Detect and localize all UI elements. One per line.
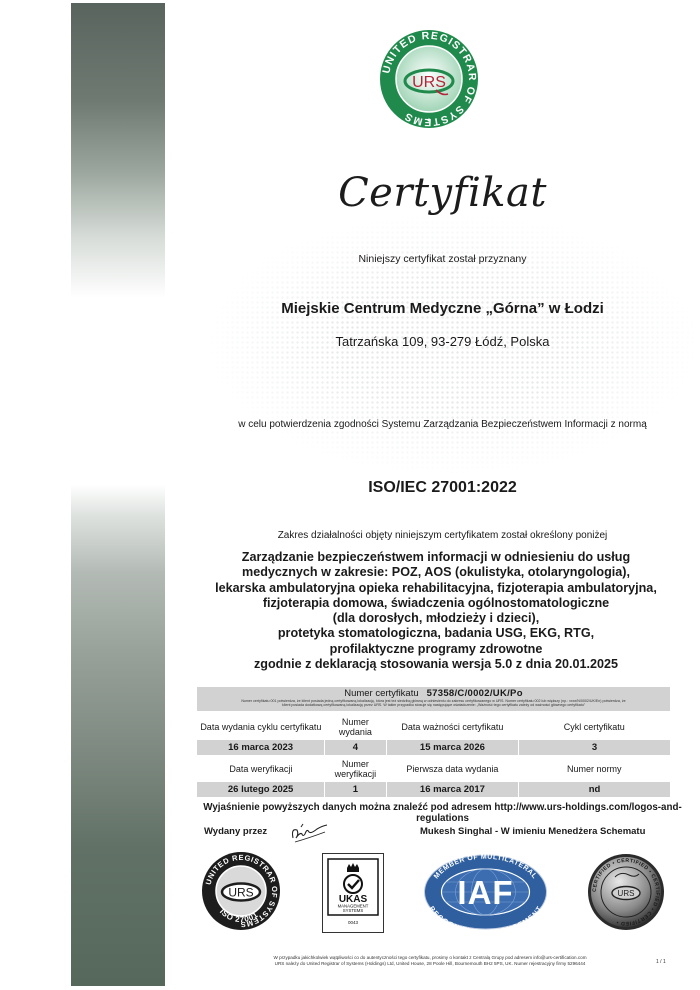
scope-line: profilaktyczne programy zdrowotne: [197, 642, 675, 657]
table-value: 1: [325, 782, 386, 797]
signer-name: Mukesh Singhal - W imieniu Menedżera Sch…: [420, 826, 645, 837]
table-label: Numer normy: [519, 755, 670, 782]
table-value: nd: [519, 782, 670, 797]
organization-address: Tatrzańska 109, 93-279 Łódź, Polska: [190, 334, 695, 349]
certificate-title: Certyfikat: [190, 170, 695, 216]
certified-seal-icon: CERTIFIED • CERTIFIED • CERTIFIED • CERT…: [587, 853, 665, 931]
svg-text:0043: 0043: [348, 920, 359, 925]
scope-line: protetyka stomatologiczna, badania USG, …: [197, 626, 675, 641]
footer-text: W przypadku jakichkolwiek wątpliwości co…: [230, 955, 630, 967]
iaf-logo-icon: IAF MEMBER OF MULTILATERAL RECOGNITION A…: [423, 853, 548, 931]
svg-text:URS: URS: [228, 886, 253, 900]
purpose-text: w celu potwierdzenia zgodności Systemu Z…: [190, 419, 695, 430]
table-label: Numer wydania: [325, 713, 386, 740]
table-value: 16 marca 2023: [197, 740, 325, 755]
scope-line: fizjoterapia domowa, świadczenia ogólnos…: [197, 596, 675, 611]
table-row: 26 lutego 2025 1 16 marca 2017 nd: [197, 782, 670, 797]
table-value: 16 marca 2017: [386, 782, 518, 797]
table-value: 3: [519, 740, 670, 755]
table-row: Data weryfikacji Numer weryfikacji Pierw…: [197, 755, 670, 782]
explanation-link-text: Wyjaśnienie powyższych danych można znal…: [190, 802, 695, 824]
table-row: Data wydania cyklu certyfikatu Numer wyd…: [197, 713, 670, 740]
svg-text:IAF: IAF: [457, 874, 513, 911]
table-label: Pierwsza data wydania: [386, 755, 518, 782]
signature-icon: [287, 818, 332, 844]
table-value: 4: [325, 740, 386, 755]
table-value: 15 marca 2026: [386, 740, 518, 755]
issued-by-label: Wydany przez: [204, 826, 267, 837]
table-label: Numer weryfikacji: [325, 755, 386, 782]
scope-line: zgodnie z deklaracją stosowania wersja 5…: [197, 657, 675, 672]
table-value: 26 lutego 2025: [197, 782, 325, 797]
table-label: Cykl certyfikatu: [519, 713, 670, 740]
scope-line: Zarządzanie bezpieczeństwem informacji w…: [197, 550, 675, 565]
urs-iso-27001-logo-icon: UNITED REGISTRAR OF SYSTEMS ISO 27001 UR…: [200, 850, 282, 932]
scope-line: medycznych w zakresie: POZ, AOS (okulist…: [197, 565, 675, 580]
certificate-number-box: Numer certyfikatu 57358/C/0002/UK/Po Num…: [197, 687, 670, 711]
svg-text:URS: URS: [618, 889, 635, 898]
ukas-logo-icon: UKAS MANAGEMENT SYSTEMS 0043: [322, 853, 384, 933]
intro-text: Niniejszy certyfikat został przyznany: [190, 253, 695, 265]
table-label: Data wydania cyklu certyfikatu: [197, 713, 325, 740]
svg-text:SYSTEMS: SYSTEMS: [343, 908, 364, 913]
svg-text:URS: URS: [412, 74, 446, 91]
certificate-details-table: Data wydania cyklu certyfikatu Numer wyd…: [197, 713, 670, 797]
certificate-fine-print: Numer certyfikatu 001 potwierdza, że kli…: [197, 699, 670, 708]
standard-name: ISO/IEC 27001:2022: [190, 479, 695, 497]
page-number: 1 / 1: [656, 959, 666, 965]
world-map-watermark: [150, 200, 700, 520]
scope-intro: Zakres działalności objęty niniejszym ce…: [190, 530, 695, 541]
organization-name: Miejskie Centrum Medyczne „Górna” w Łodz…: [190, 300, 695, 317]
table-label: Data weryfikacji: [197, 755, 325, 782]
scope-line: lekarska ambulatoryjna opieka rehabilita…: [177, 581, 695, 596]
table-row: 16 marca 2023 4 15 marca 2026 3: [197, 740, 670, 755]
scope-line: (dla dorosłych, młodzieży i dzieci),: [197, 611, 675, 626]
table-label: Data ważności certyfikatu: [386, 713, 518, 740]
scope-text: Zarządzanie bezpieczeństwem informacji w…: [197, 550, 675, 672]
certificate-number: Numer certyfikatu 57358/C/0002/UK/Po: [197, 688, 670, 699]
urs-logo-icon: UNITED REGISTRAR OF SYSTEMS URS: [378, 28, 480, 130]
